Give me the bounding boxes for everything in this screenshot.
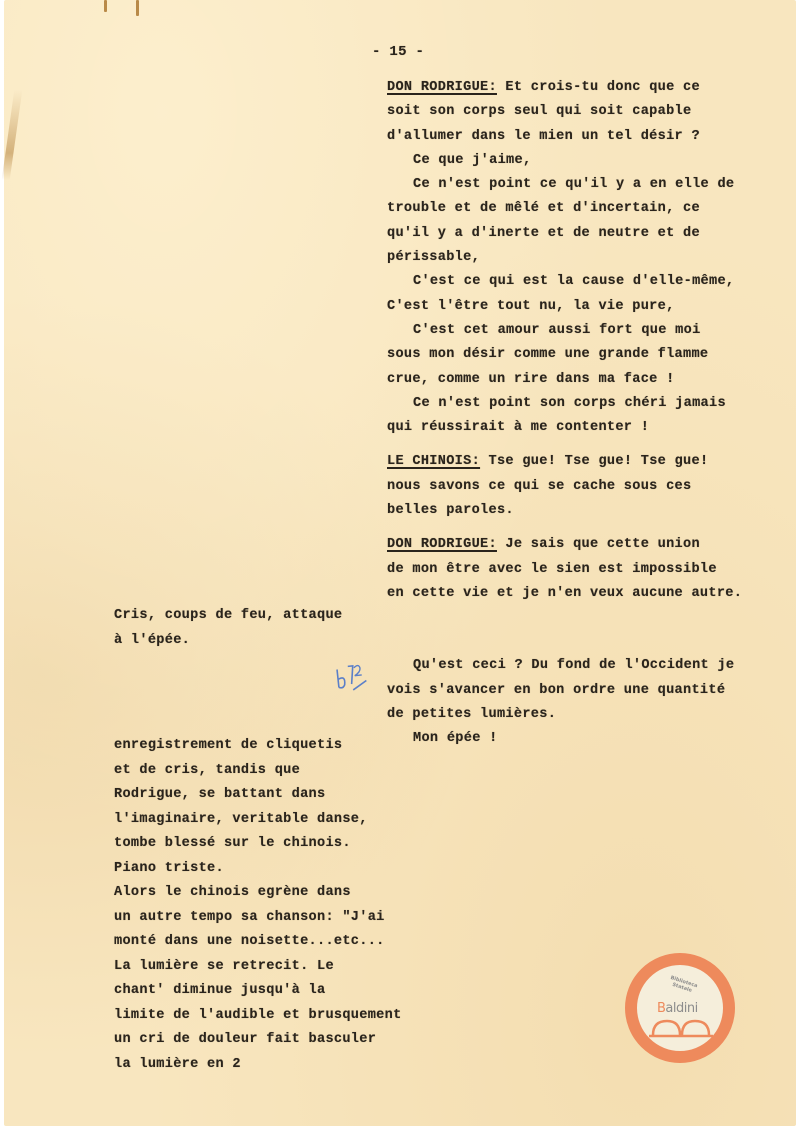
stage-direction-line: un cri de douleur fait basculer xyxy=(114,1028,402,1053)
dialogue-line: nous savons ce qui se cache sous ces xyxy=(387,475,742,499)
dialogue-text: Je sais que cette union xyxy=(497,537,700,552)
stamp-name-rest: aldini xyxy=(665,1001,697,1016)
stage-direction-line: Rodrigue, se battant dans xyxy=(114,783,402,808)
dialogue-line: périssable, xyxy=(387,246,742,270)
dialogue-line: belles paroles. xyxy=(387,499,742,523)
dialogue-line: Ce n'est point son corps chéri jamais xyxy=(387,392,742,416)
dialogue-text: Et crois-tu donc que ce xyxy=(497,80,700,95)
stage-direction-line: Cris, coups de feu, attaque xyxy=(114,604,342,629)
stage-direction-line: chant' diminue jusqu'à la xyxy=(114,979,402,1004)
dialogue-line: crue, comme un rire dans ma face ! xyxy=(387,368,742,392)
stage-direction-attack: Cris, coups de feu, attaqueà l'épée. xyxy=(114,604,342,653)
dialogue-column: DON RODRIGUE: Et crois-tu donc que cesoi… xyxy=(387,76,742,751)
dialogue-line: C'est l'être tout nu, la vie pure, xyxy=(387,295,742,319)
dialogue-line: de petites lumières. xyxy=(387,703,742,727)
stage-direction-line: monté dans une noisette...etc... xyxy=(114,930,402,955)
page-number: - 15 - xyxy=(372,40,424,64)
handwritten-annotation xyxy=(330,658,374,698)
page-tear-mark xyxy=(136,0,139,16)
handwritten-mark-icon xyxy=(330,658,374,698)
dialogue-line: LE CHINOIS: Tse gue! Tse gue! Tse gue! xyxy=(387,450,742,474)
stage-direction-fight: enregistrement de cliquetiset de cris, t… xyxy=(114,734,402,1077)
dialogue-line: Qu'est ceci ? Du fond de l'Occident je xyxy=(387,654,742,678)
dialogue-line: C'est cet amour aussi fort que moi xyxy=(387,319,742,343)
dialogue-line: qui réussirait à me contenter ! xyxy=(387,416,742,440)
stage-direction-line: enregistrement de cliquetis xyxy=(114,734,402,759)
stamp-small-text: Biblioteca Statale xyxy=(662,973,704,997)
stage-direction-line: Piano triste. xyxy=(114,857,402,882)
dialogue-line: Mon épée ! xyxy=(387,727,742,751)
stage-direction-line: un autre tempo sa chanson: "J'ai xyxy=(114,906,402,931)
dialogue-line: sous mon désir comme une grande flamme xyxy=(387,343,742,367)
open-book-icon xyxy=(649,1017,713,1039)
dialogue-text: Tse gue! Tse gue! Tse gue! xyxy=(480,454,708,469)
dialogue-line: DON RODRIGUE: Et crois-tu donc que ce xyxy=(387,76,742,100)
block-spacer xyxy=(387,440,742,450)
page-tear-mark xyxy=(104,0,107,12)
stage-direction-line: limite de l'audible et brusquement xyxy=(114,1004,402,1029)
library-stamp: Biblioteca Statale Baldini xyxy=(625,953,735,1063)
stage-direction-line: la lumière en 2 xyxy=(114,1053,402,1078)
dialogue-line: d'allumer dans le mien un tel désir ? xyxy=(387,125,742,149)
stage-direction-line: à l'épée. xyxy=(114,629,342,654)
dialogue-line: de mon être avec le sien est impossible xyxy=(387,558,742,582)
stamp-name: Baldini xyxy=(657,1001,698,1016)
stage-direction-line: l'imaginaire, veritable danse, xyxy=(114,808,402,833)
dialogue-line: Ce que j'aime, xyxy=(387,149,742,173)
dialogue-line: en cette vie et je n'en veux aucune autr… xyxy=(387,582,742,606)
page-fold-shadow xyxy=(2,90,23,180)
dialogue-line: Ce n'est point ce qu'il y a en elle de xyxy=(387,173,742,197)
stage-direction-line: Alors le chinois egrène dans xyxy=(114,881,402,906)
dialogue-line: trouble et de mêlé et d'incertain, ce xyxy=(387,197,742,221)
block-spacer xyxy=(387,523,742,533)
stage-direction-line: et de cris, tandis que xyxy=(114,759,402,784)
stage-direction-line: La lumière se retrecit. Le xyxy=(114,955,402,980)
speaker-name: LE CHINOIS: xyxy=(387,454,480,469)
dialogue-line: C'est ce qui est la cause d'elle-même, xyxy=(387,270,742,294)
dialogue-line: soit son corps seul qui soit capable xyxy=(387,100,742,124)
speaker-name: DON RODRIGUE: xyxy=(387,80,497,95)
dialogue-line: vois s'avancer en bon ordre une quantité xyxy=(387,679,742,703)
block-spacer xyxy=(387,606,742,654)
speaker-name: DON RODRIGUE: xyxy=(387,537,497,552)
stage-direction-line: tombe blessé sur le chinois. xyxy=(114,832,402,857)
dialogue-line: qu'il y a d'inerte et de neutre et de xyxy=(387,222,742,246)
dialogue-line: DON RODRIGUE: Je sais que cette union xyxy=(387,533,742,557)
